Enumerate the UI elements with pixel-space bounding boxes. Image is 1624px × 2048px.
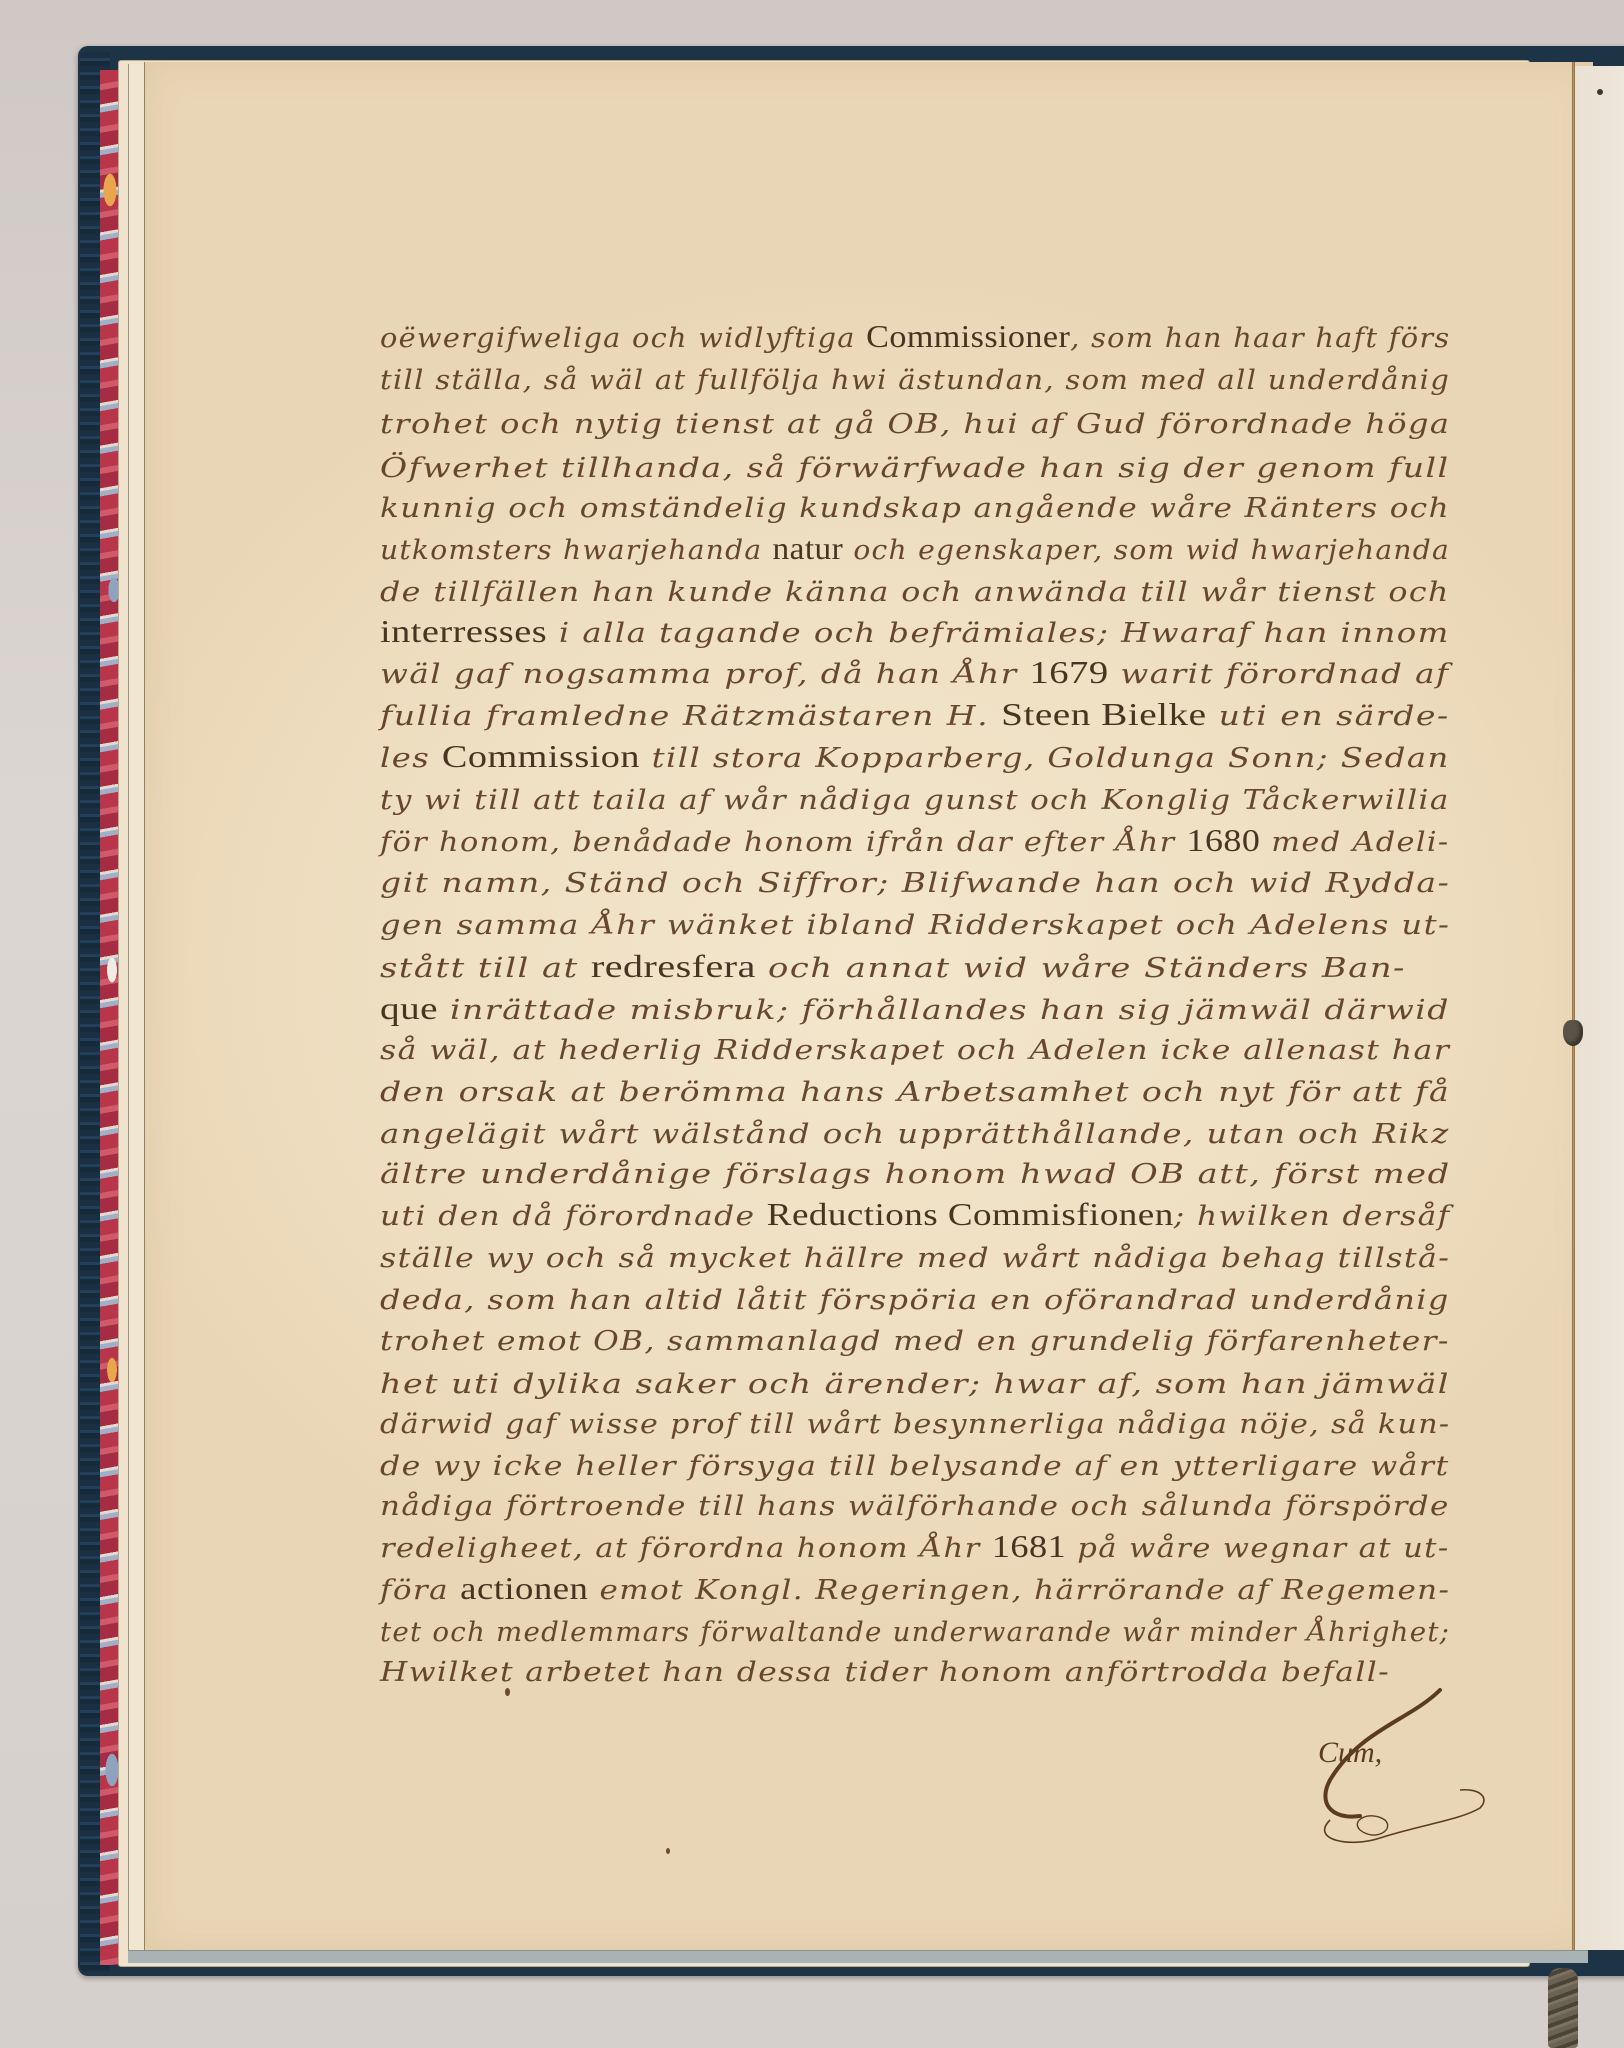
line-text: gen samma Åhr wänket ibland Ridderskapet… bbox=[380, 910, 1450, 941]
manuscript-line: ställe wy och så mycket hällre med wårt … bbox=[380, 1238, 1450, 1275]
manuscript-line: ty wi till att taila af wår nådiga gunst… bbox=[380, 780, 1450, 817]
line-text-rest: och annat wid wåre Ständers Ban- bbox=[756, 953, 1406, 984]
line-text-rest: ; hwilken dersåf bbox=[1174, 1201, 1451, 1232]
gutter-fold bbox=[1572, 62, 1575, 1950]
line-text-rest: , som han haar haft förs bbox=[1070, 323, 1450, 354]
line-text: de wy icke heller försyga till belysande… bbox=[380, 1451, 1450, 1482]
line-text: het uti dylika saker och ärender; hwar a… bbox=[380, 1369, 1450, 1400]
facing-page bbox=[1575, 66, 1624, 1950]
line-text: kunnig och omständelig kundskap angående… bbox=[380, 493, 1450, 524]
latin-script-word: Commissioner bbox=[866, 318, 1070, 354]
binding-thread-knot-icon bbox=[1563, 1020, 1583, 1046]
manuscript-line: gen samma Åhr wänket ibland Ridderskapet… bbox=[380, 905, 1450, 942]
line-text: angelägit wårt wälstånd och upprätthålla… bbox=[380, 1119, 1450, 1150]
line-text: fullia framledne Rätzmästaren H. bbox=[380, 701, 1001, 732]
manuscript-line: angelägit wårt wälstånd och upprätthålla… bbox=[380, 1114, 1450, 1151]
line-text: tet och medlemmars förwaltande underwara… bbox=[380, 1617, 1450, 1648]
manuscript-line: het uti dylika saker och ärender; hwar a… bbox=[380, 1364, 1450, 1401]
line-text-rest: på wåre wegnar at ut- bbox=[1066, 1533, 1449, 1564]
latin-script-word: 1681 bbox=[992, 1528, 1066, 1564]
line-text: les bbox=[380, 743, 442, 774]
manuscript-line: redeligheet, at förordna honom Åhr 1681 … bbox=[380, 1528, 1450, 1565]
manuscript-line: les Commission till stora Kopparberg, Go… bbox=[380, 738, 1450, 775]
manuscript-line: ältre underdånige förslags honom hwad OB… bbox=[380, 1154, 1451, 1191]
line-text: till ställa, så wäl at fullfölja hwi äst… bbox=[380, 365, 1450, 396]
line-text: stått till at bbox=[380, 953, 591, 984]
line-text-rest: uti en särde- bbox=[1207, 701, 1450, 732]
latin-script-word: Steen Bielke bbox=[1001, 696, 1206, 732]
manuscript-line: stått till at redresfera och annat wid w… bbox=[380, 948, 1406, 985]
line-text: Öfwerhet tillhanda, så förwärfwade han s… bbox=[380, 453, 1450, 484]
manuscript-line: Öfwerhet tillhanda, så förwärfwade han s… bbox=[380, 448, 1450, 485]
ink-spot bbox=[666, 1848, 670, 1854]
line-text-rest: warit förordnad af bbox=[1109, 659, 1450, 690]
line-text: trohet emot OB, sammanlagd med en grunde… bbox=[380, 1326, 1450, 1357]
latin-script-word: 1679 bbox=[1029, 654, 1108, 690]
catchword: Cum, bbox=[1318, 1736, 1382, 1770]
latin-script-word: Reductions Commisfionen bbox=[767, 1196, 1174, 1232]
latin-script-word: interresses bbox=[380, 613, 547, 649]
line-text: ältre underdånige förslags honom hwad OB… bbox=[380, 1159, 1451, 1190]
manuscript-line: uti den då förordnade Reductions Commisf… bbox=[380, 1196, 1451, 1233]
worm-hole-icon bbox=[1597, 89, 1603, 95]
latin-script-word: natur bbox=[773, 530, 844, 566]
line-text: nådiga förtroende till hans wälförhande … bbox=[380, 1491, 1450, 1522]
latin-script-word: 1680 bbox=[1187, 822, 1261, 858]
manuscript-line: que inrättade misbruk; förhållandes han … bbox=[380, 990, 1450, 1027]
line-text: uti den då förordnade bbox=[380, 1201, 767, 1232]
binding-thread-tail-icon bbox=[1548, 1968, 1578, 2048]
manuscript-line: nådiga förtroende till hans wälförhande … bbox=[380, 1486, 1450, 1523]
line-text: utkomsters hwarjehanda bbox=[380, 535, 773, 566]
line-text-rest: emot Kongl. Regeringen, härrörande af Re… bbox=[588, 1575, 1450, 1606]
manuscript-line: trohet emot OB, sammanlagd med en grunde… bbox=[380, 1321, 1450, 1358]
latin-script-word: redresfera bbox=[591, 948, 756, 984]
manuscript-line: kunnig och omständelig kundskap angående… bbox=[380, 488, 1450, 525]
line-text-rest: och egenskaper, som wid hwarjehanda bbox=[843, 535, 1450, 566]
line-text-rest: med Adeli- bbox=[1260, 827, 1449, 858]
manuscript-line: fullia framledne Rätzmästaren H. Steen B… bbox=[380, 696, 1450, 733]
manuscript-line: deda, som han altid låtit förspöria en o… bbox=[380, 1280, 1450, 1317]
line-text: ställe wy och så mycket hällre med wårt … bbox=[380, 1243, 1450, 1274]
line-text: den orsak at berömma hans Arbetsamhet oc… bbox=[380, 1077, 1450, 1108]
manuscript-line: de tillfällen han kunde känna och anwänd… bbox=[380, 572, 1450, 609]
line-text: oëwergifweliga och widlyftiga bbox=[380, 323, 866, 354]
manuscript-line: de wy icke heller försyga till belysande… bbox=[380, 1446, 1450, 1483]
manuscript-line: interresses i alla tagande och befrämial… bbox=[380, 613, 1450, 650]
manuscript-line: tet och medlemmars förwaltande underwara… bbox=[380, 1612, 1450, 1649]
line-text: så wäl, at hederlig Ridderskapet och Ade… bbox=[380, 1035, 1450, 1066]
line-text: föra bbox=[380, 1575, 460, 1606]
line-text: redeligheet, at förordna honom Åhr bbox=[380, 1533, 992, 1564]
line-text: deda, som han altid låtit förspöria en o… bbox=[380, 1285, 1450, 1316]
latin-script-word: Commission bbox=[442, 738, 640, 774]
latin-script-word: que bbox=[380, 990, 438, 1026]
line-text: git namn, Ständ och Siffror; Blifwande h… bbox=[380, 868, 1450, 899]
manuscript-line: trohet och nytig tienst at gå OB, hui af… bbox=[380, 404, 1450, 441]
latin-script-word: actionen bbox=[460, 1570, 588, 1606]
ink-spot bbox=[505, 1688, 510, 1696]
manuscript-line: Hwilket arbetet han dessa tider honom an… bbox=[380, 1652, 1390, 1689]
manuscript-line: oëwergifweliga och widlyftiga Commission… bbox=[380, 318, 1450, 355]
line-text: de tillfällen han kunde känna och anwänd… bbox=[380, 577, 1450, 608]
line-text-rest: i alla tagande och befrämiales; Hwaraf h… bbox=[547, 618, 1450, 649]
line-text: ty wi till att taila af wår nådiga gunst… bbox=[380, 785, 1450, 816]
line-text: trohet och nytig tienst at gå OB, hui af… bbox=[380, 409, 1450, 440]
manuscript-line: för honom, benådade honom ifrån dar efte… bbox=[380, 822, 1450, 859]
manuscript-line: wäl gaf nogsamma prof, då han Åhr 1679 w… bbox=[380, 654, 1450, 691]
line-text: Hwilket arbetet han dessa tider honom an… bbox=[380, 1657, 1390, 1688]
page-bottom-edge bbox=[128, 1950, 1588, 1963]
manuscript-line: därwid gaf wisse prof till wårt besynner… bbox=[380, 1404, 1450, 1441]
manuscript-line: git namn, Ständ och Siffror; Blifwande h… bbox=[380, 863, 1450, 900]
manuscript-line: utkomsters hwarjehanda natur och egenska… bbox=[380, 530, 1450, 567]
line-text-rest: inrättade misbruk; förhållandes han sig … bbox=[438, 995, 1450, 1026]
line-text-rest: till stora Kopparberg, Goldunga Sonn; Se… bbox=[640, 743, 1450, 774]
manuscript-line: föra actionen emot Kongl. Regeringen, hä… bbox=[380, 1570, 1450, 1607]
manuscript-line: så wäl, at hederlig Ridderskapet och Ade… bbox=[380, 1030, 1450, 1067]
manuscript-line: till ställa, så wäl at fullfölja hwi äst… bbox=[380, 360, 1450, 397]
manuscript-line: den orsak at berömma hans Arbetsamhet oc… bbox=[380, 1072, 1450, 1109]
line-text: därwid gaf wisse prof till wårt besynner… bbox=[380, 1409, 1450, 1440]
line-text: för honom, benådade honom ifrån dar efte… bbox=[380, 827, 1187, 858]
line-text: wäl gaf nogsamma prof, då han Åhr bbox=[380, 659, 1029, 690]
